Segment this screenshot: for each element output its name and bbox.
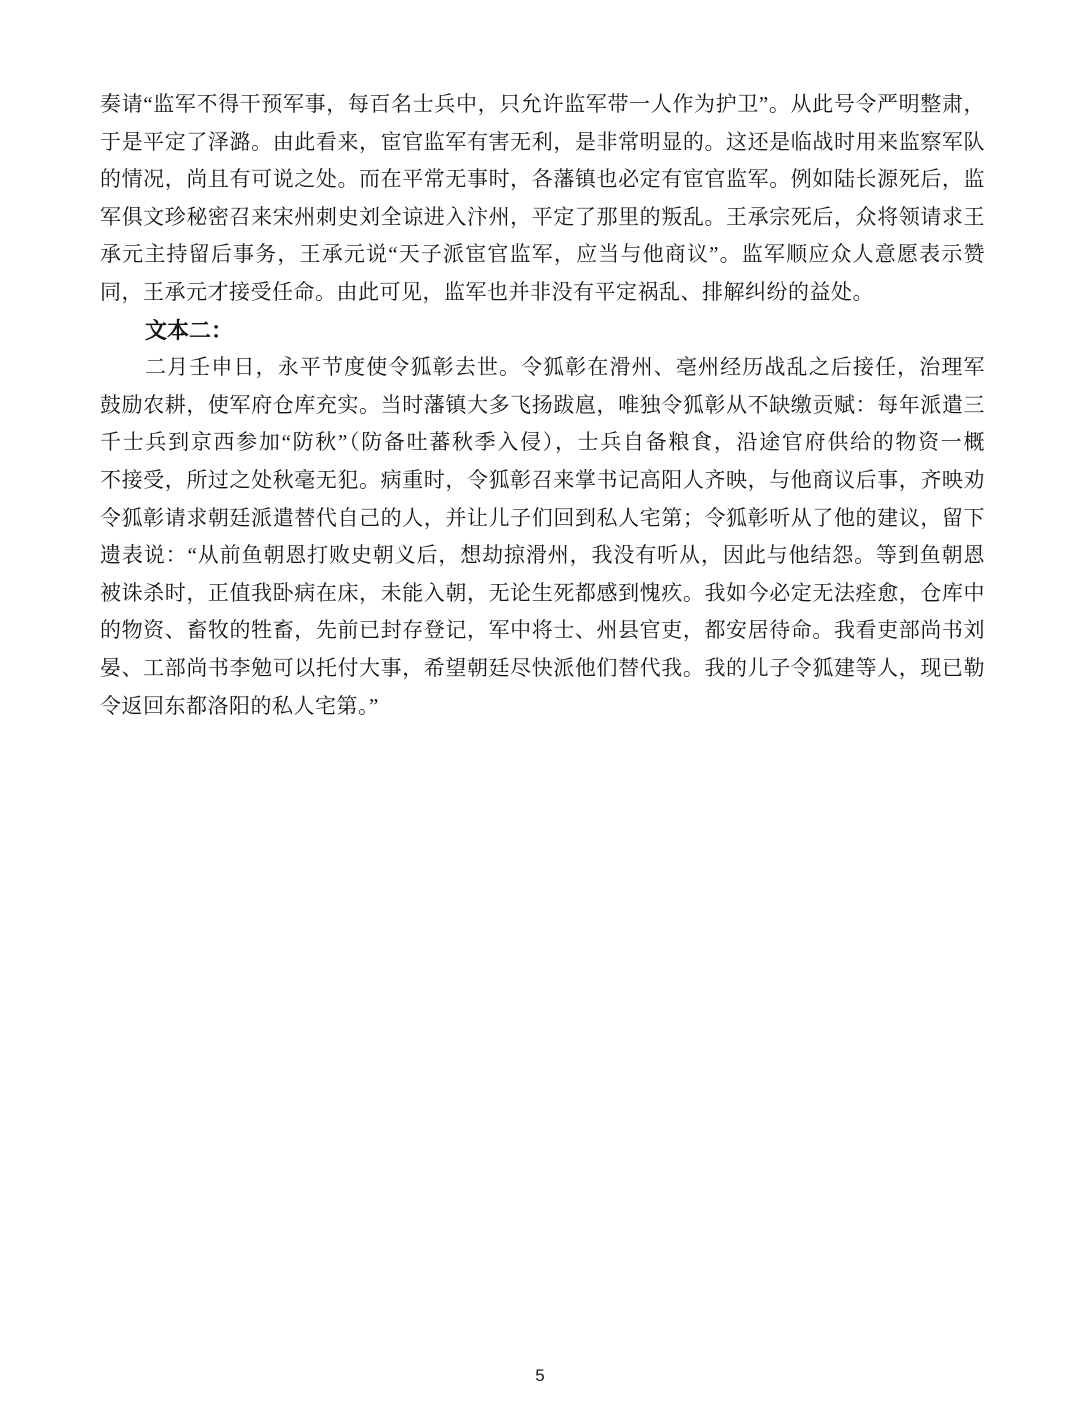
paragraph2-line: 令狐彰请求朝廷派遣替代自己的人，并让儿子们回到私人宅第；令狐彰听从了他的建议，留… xyxy=(100,500,985,538)
paragraph2-line: 晏、工部尚书李勉可以托付大事，希望朝廷尽快派他们替代我。我的儿子令狐建等人，现已… xyxy=(100,650,985,688)
paragraph1-line: 奏请“监军不得干预军事，每百名士兵中，只允许监军带一人作为护卫”。从此号令严明整… xyxy=(100,86,985,124)
paragraph2-line: 不接受，所过之处秋毫无犯。病重时，令狐彰召来掌书记高阳人齐映，与他商议后事，齐映… xyxy=(100,462,985,500)
paragraph1-line: 的情况，尚且有可说之处。而在平常无事时，各藩镇也必定有宦官监军。例如陆长源死后，… xyxy=(100,161,985,199)
paragraph2-line: 的物资、畜牧的牲畜，先前已封存登记，军中将士、州县官吏，都安居待命。我看吏部尚书… xyxy=(100,612,985,650)
paragraph1-line: 承元主持留后事务，王承元说“天子派宦官监军，应当与他商议”。监军顺应众人意愿表示… xyxy=(100,236,985,274)
page-number: 5 xyxy=(0,1366,1080,1386)
paragraph1-line: 于是平定了泽潞。由此看来，宦官监军有害无利，是非常明显的。这还是临战时用来监察军… xyxy=(100,124,985,162)
paragraph1-line: 军俱文珍秘密召来宋州刺史刘全谅进入汴州，平定了那里的叛乱。王承宗死后，众将领请求… xyxy=(100,199,985,237)
document-page: 奏请“监军不得干预军事，每百名士兵中，只允许监军带一人作为护卫”。从此号令严明整… xyxy=(0,0,1080,1411)
text-block: 奏请“监军不得干预军事，每百名士兵中，只允许监军带一人作为护卫”。从此号令严明整… xyxy=(100,86,985,725)
paragraph2-line: 令返回东都洛阳的私人宅第。” xyxy=(100,688,985,726)
paragraph2-line: 被诛杀时，正值我卧病在床，未能入朝，无论生死都感到愧疚。我如今必定无法痊愈，仓库… xyxy=(100,575,985,613)
paragraph2-line: 遗表说：“从前鱼朝恩打败史朝义后，想劫掠滑州，我没有听从，因此与他结怨。等到鱼朝… xyxy=(100,537,985,575)
paragraph1-line: 同，王承元才接受任命。由此可见，监军也并非没有平定祸乱、排解纠纷的益处。 xyxy=(100,274,985,312)
paragraph2-line: 千士兵到京西参加“防秋”（防备吐蕃秋季入侵），士兵自备粮食，沿途官府供给的物资一… xyxy=(100,424,985,462)
section-heading: 文本二： xyxy=(100,312,985,350)
paragraph2-line: 鼓励农耕，使军府仓库充实。当时藩镇大多飞扬跋扈，唯独令狐彰从不缺缴贡赋：每年派遣… xyxy=(100,387,985,425)
paragraph2-line: 二月壬申日，永平节度使令狐彰去世。令狐彰在滑州、亳州经历战乱之后接任，治理军队， xyxy=(100,349,985,387)
